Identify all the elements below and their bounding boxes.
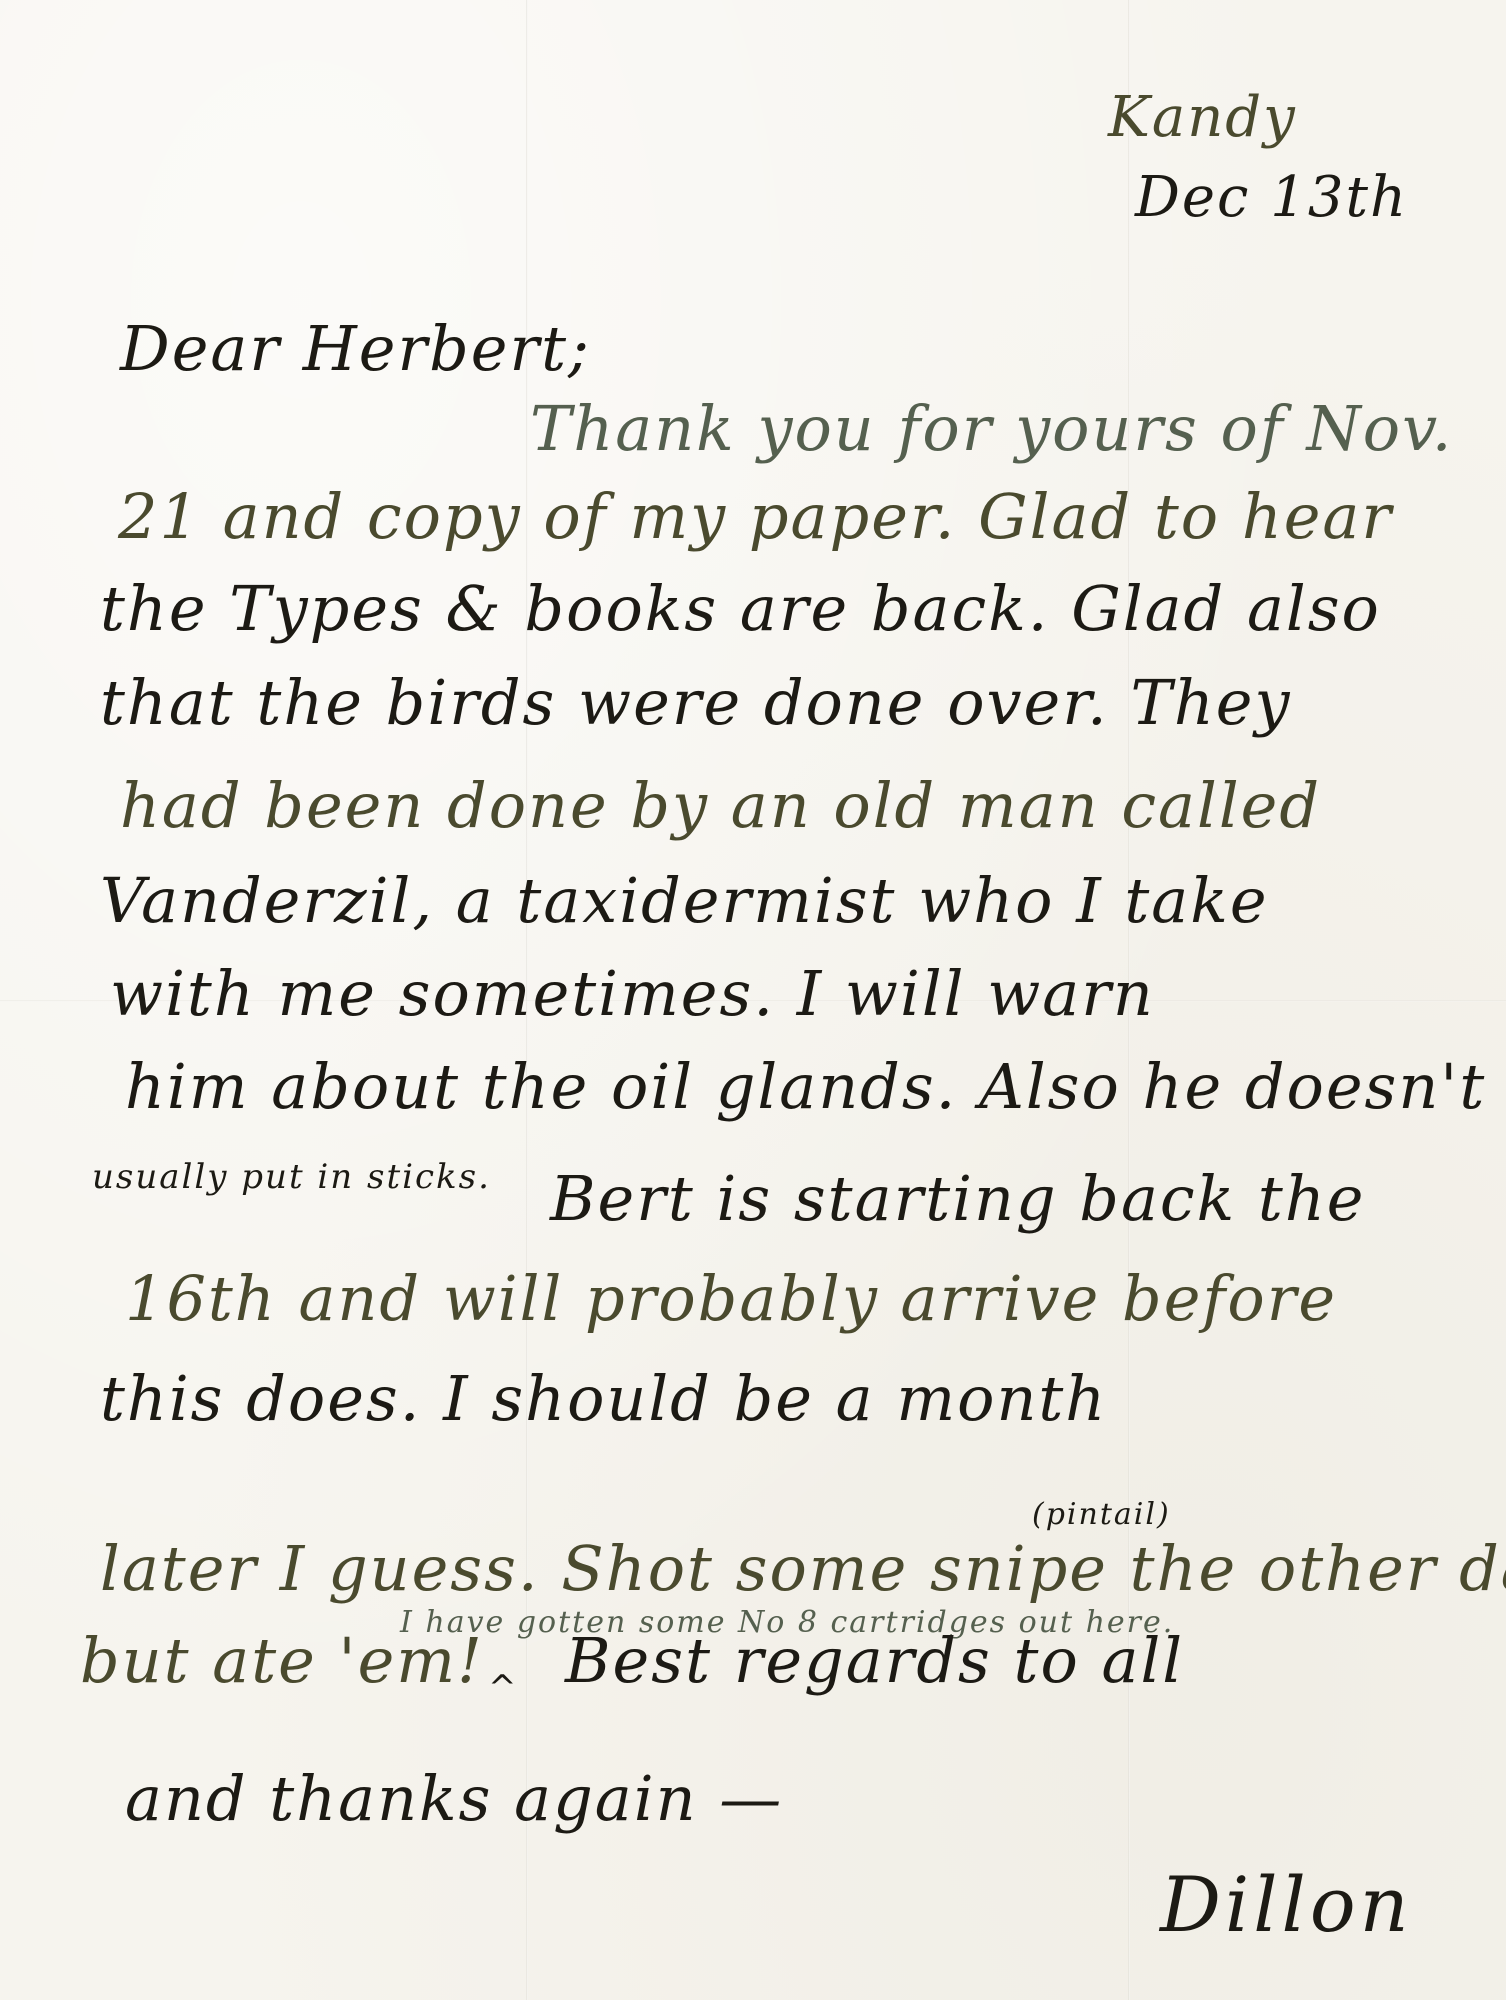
body-line-8: him about the oil glands. Also he doesn'…: [125, 1056, 1486, 1118]
body-line-6: Vanderzil, a taxidermist who I take: [100, 870, 1269, 932]
body-line-4: that the birds were done over. They: [100, 672, 1291, 734]
body-line-10: Bert is starting back the: [550, 1168, 1365, 1230]
body-line-16: and thanks again —: [125, 1768, 783, 1830]
annotation-pintail: (pintail): [1032, 1500, 1171, 1530]
body-line-12: this does. I should be a month: [100, 1368, 1107, 1430]
salutation: Dear Herbert;: [120, 318, 591, 380]
body-line-11: 16th and will probably arrive before: [125, 1268, 1337, 1330]
letter-date: Dec 13th: [1135, 170, 1408, 226]
body-line-15: Best regards to all: [565, 1630, 1184, 1692]
body-line-9: usually put in sticks.: [92, 1160, 491, 1194]
body-line-7: with me sometimes. I will warn: [110, 963, 1155, 1025]
body-line-1: Thank you for yours of Nov.: [530, 398, 1453, 460]
insertion-caret: ^: [488, 1668, 517, 1708]
body-line-3: the Types & books are back. Glad also: [100, 578, 1381, 640]
letter-place: Kandy: [1108, 90, 1297, 146]
signature: Dillon: [1160, 1860, 1413, 1949]
body-line-5: had been done by an old man called: [120, 775, 1321, 837]
body-line-14: but ate 'em!: [80, 1630, 484, 1692]
body-line-2: 21 and copy of my paper. Glad to hear: [118, 486, 1393, 548]
body-line-13: later I guess. Shot some snipe the other…: [100, 1538, 1506, 1600]
